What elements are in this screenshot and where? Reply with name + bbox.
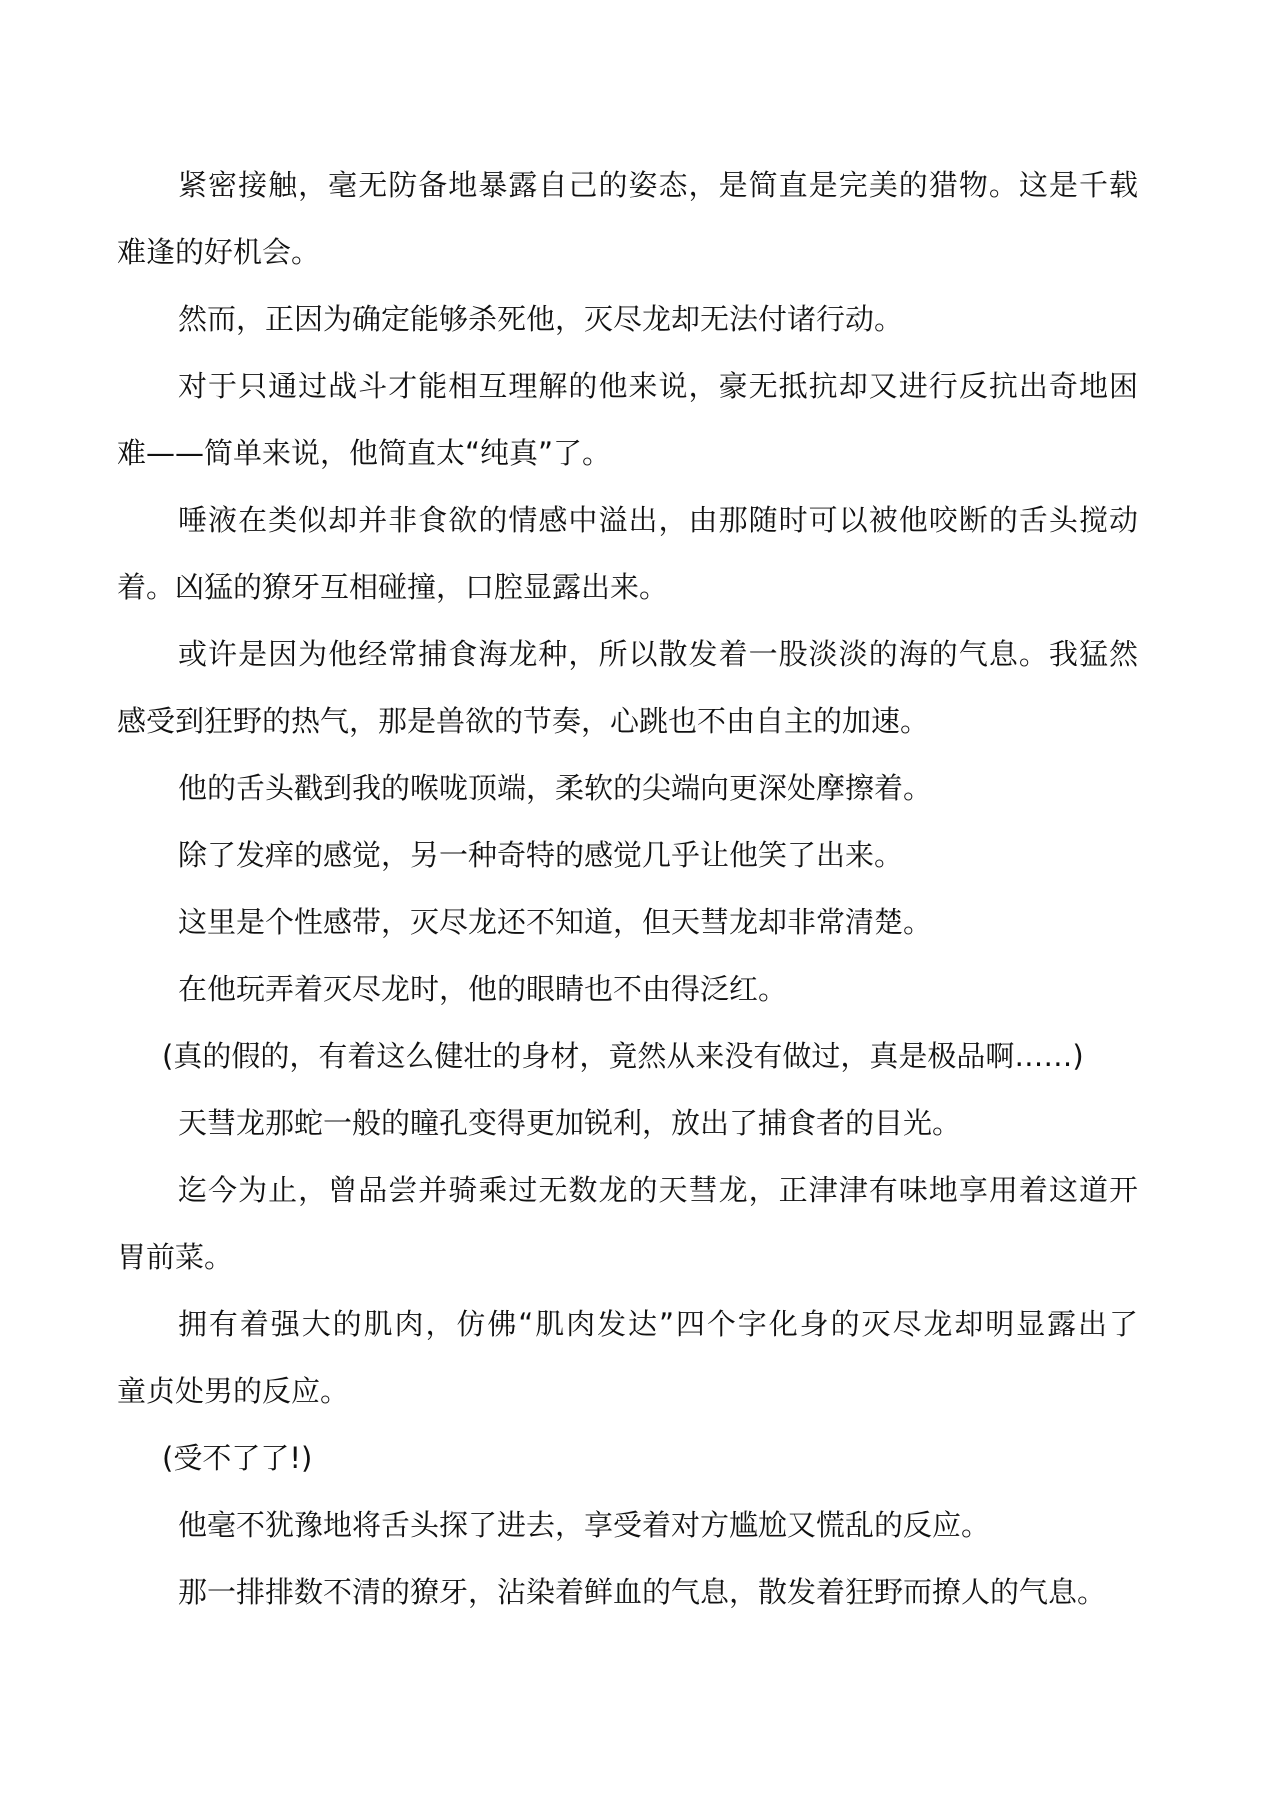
paragraph-line: 在他玩弄着灭尽龙时，他的眼睛也不由得泛红。 bbox=[117, 956, 1138, 1023]
inner-thought-line: (真的假的，有着这么健壮的身材，竟然从来没有做过，真是极品啊……) bbox=[117, 1023, 1138, 1090]
paragraph-line: 除了发痒的感觉，另一种奇特的感觉几乎让他笑了出来。 bbox=[117, 822, 1138, 889]
paragraph-line: 这里是个性感带，灭尽龙还不知道，但天彗龙却非常清楚。 bbox=[117, 889, 1138, 956]
paragraph-line: 难——简单来说，他简直太“纯真”了。 bbox=[117, 420, 1138, 487]
document-page: 紧密接触，毫无防备地暴露自己的姿态，是简直是完美的猎物。这是千载 难逢的好机会。… bbox=[117, 152, 1138, 1626]
paragraph-line: 他的舌头戳到我的喉咙顶端，柔软的尖端向更深处摩擦着。 bbox=[117, 755, 1138, 822]
paragraph-line: 然而，正因为确定能够杀死他，灭尽龙却无法付诸行动。 bbox=[117, 286, 1138, 353]
paragraph-line: 着。凶猛的獠牙互相碰撞，口腔显露出来。 bbox=[117, 554, 1138, 621]
paragraph-line: 童贞处男的反应。 bbox=[117, 1358, 1138, 1425]
inner-thought-line: (受不了了!) bbox=[117, 1425, 1138, 1492]
paragraph-line: 或许是因为他经常捕食海龙种，所以散发着一股淡淡的海的气息。我猛然 bbox=[117, 621, 1138, 688]
paragraph-line: 迄今为止，曾品尝并骑乘过无数龙的天彗龙，正津津有味地享用着这道开 bbox=[117, 1157, 1138, 1224]
paragraph-line: 紧密接触，毫无防备地暴露自己的姿态，是简直是完美的猎物。这是千载 bbox=[117, 152, 1138, 219]
paragraph-line: 感受到狂野的热气，那是兽欲的节奏，心跳也不由自主的加速。 bbox=[117, 688, 1138, 755]
paragraph-line: 他毫不犹豫地将舌头探了进去，享受着对方尴尬又慌乱的反应。 bbox=[117, 1492, 1138, 1559]
paragraph-line: 那一排排数不清的獠牙，沾染着鲜血的气息，散发着狂野而撩人的气息。 bbox=[117, 1559, 1138, 1626]
paragraph-line: 拥有着强大的肌肉，仿佛“肌肉发达”四个字化身的灭尽龙却明显露出了 bbox=[117, 1291, 1138, 1358]
paragraph-line: 难逢的好机会。 bbox=[117, 219, 1138, 286]
paragraph-line: 胃前菜。 bbox=[117, 1224, 1138, 1291]
paragraph-line: 对于只通过战斗才能相互理解的他来说，豪无抵抗却又进行反抗出奇地困 bbox=[117, 353, 1138, 420]
paragraph-line: 天彗龙那蛇一般的瞳孔变得更加锐利，放出了捕食者的目光。 bbox=[117, 1090, 1138, 1157]
paragraph-line: 唾液在类似却并非食欲的情感中溢出，由那随时可以被他咬断的舌头搅动 bbox=[117, 487, 1138, 554]
